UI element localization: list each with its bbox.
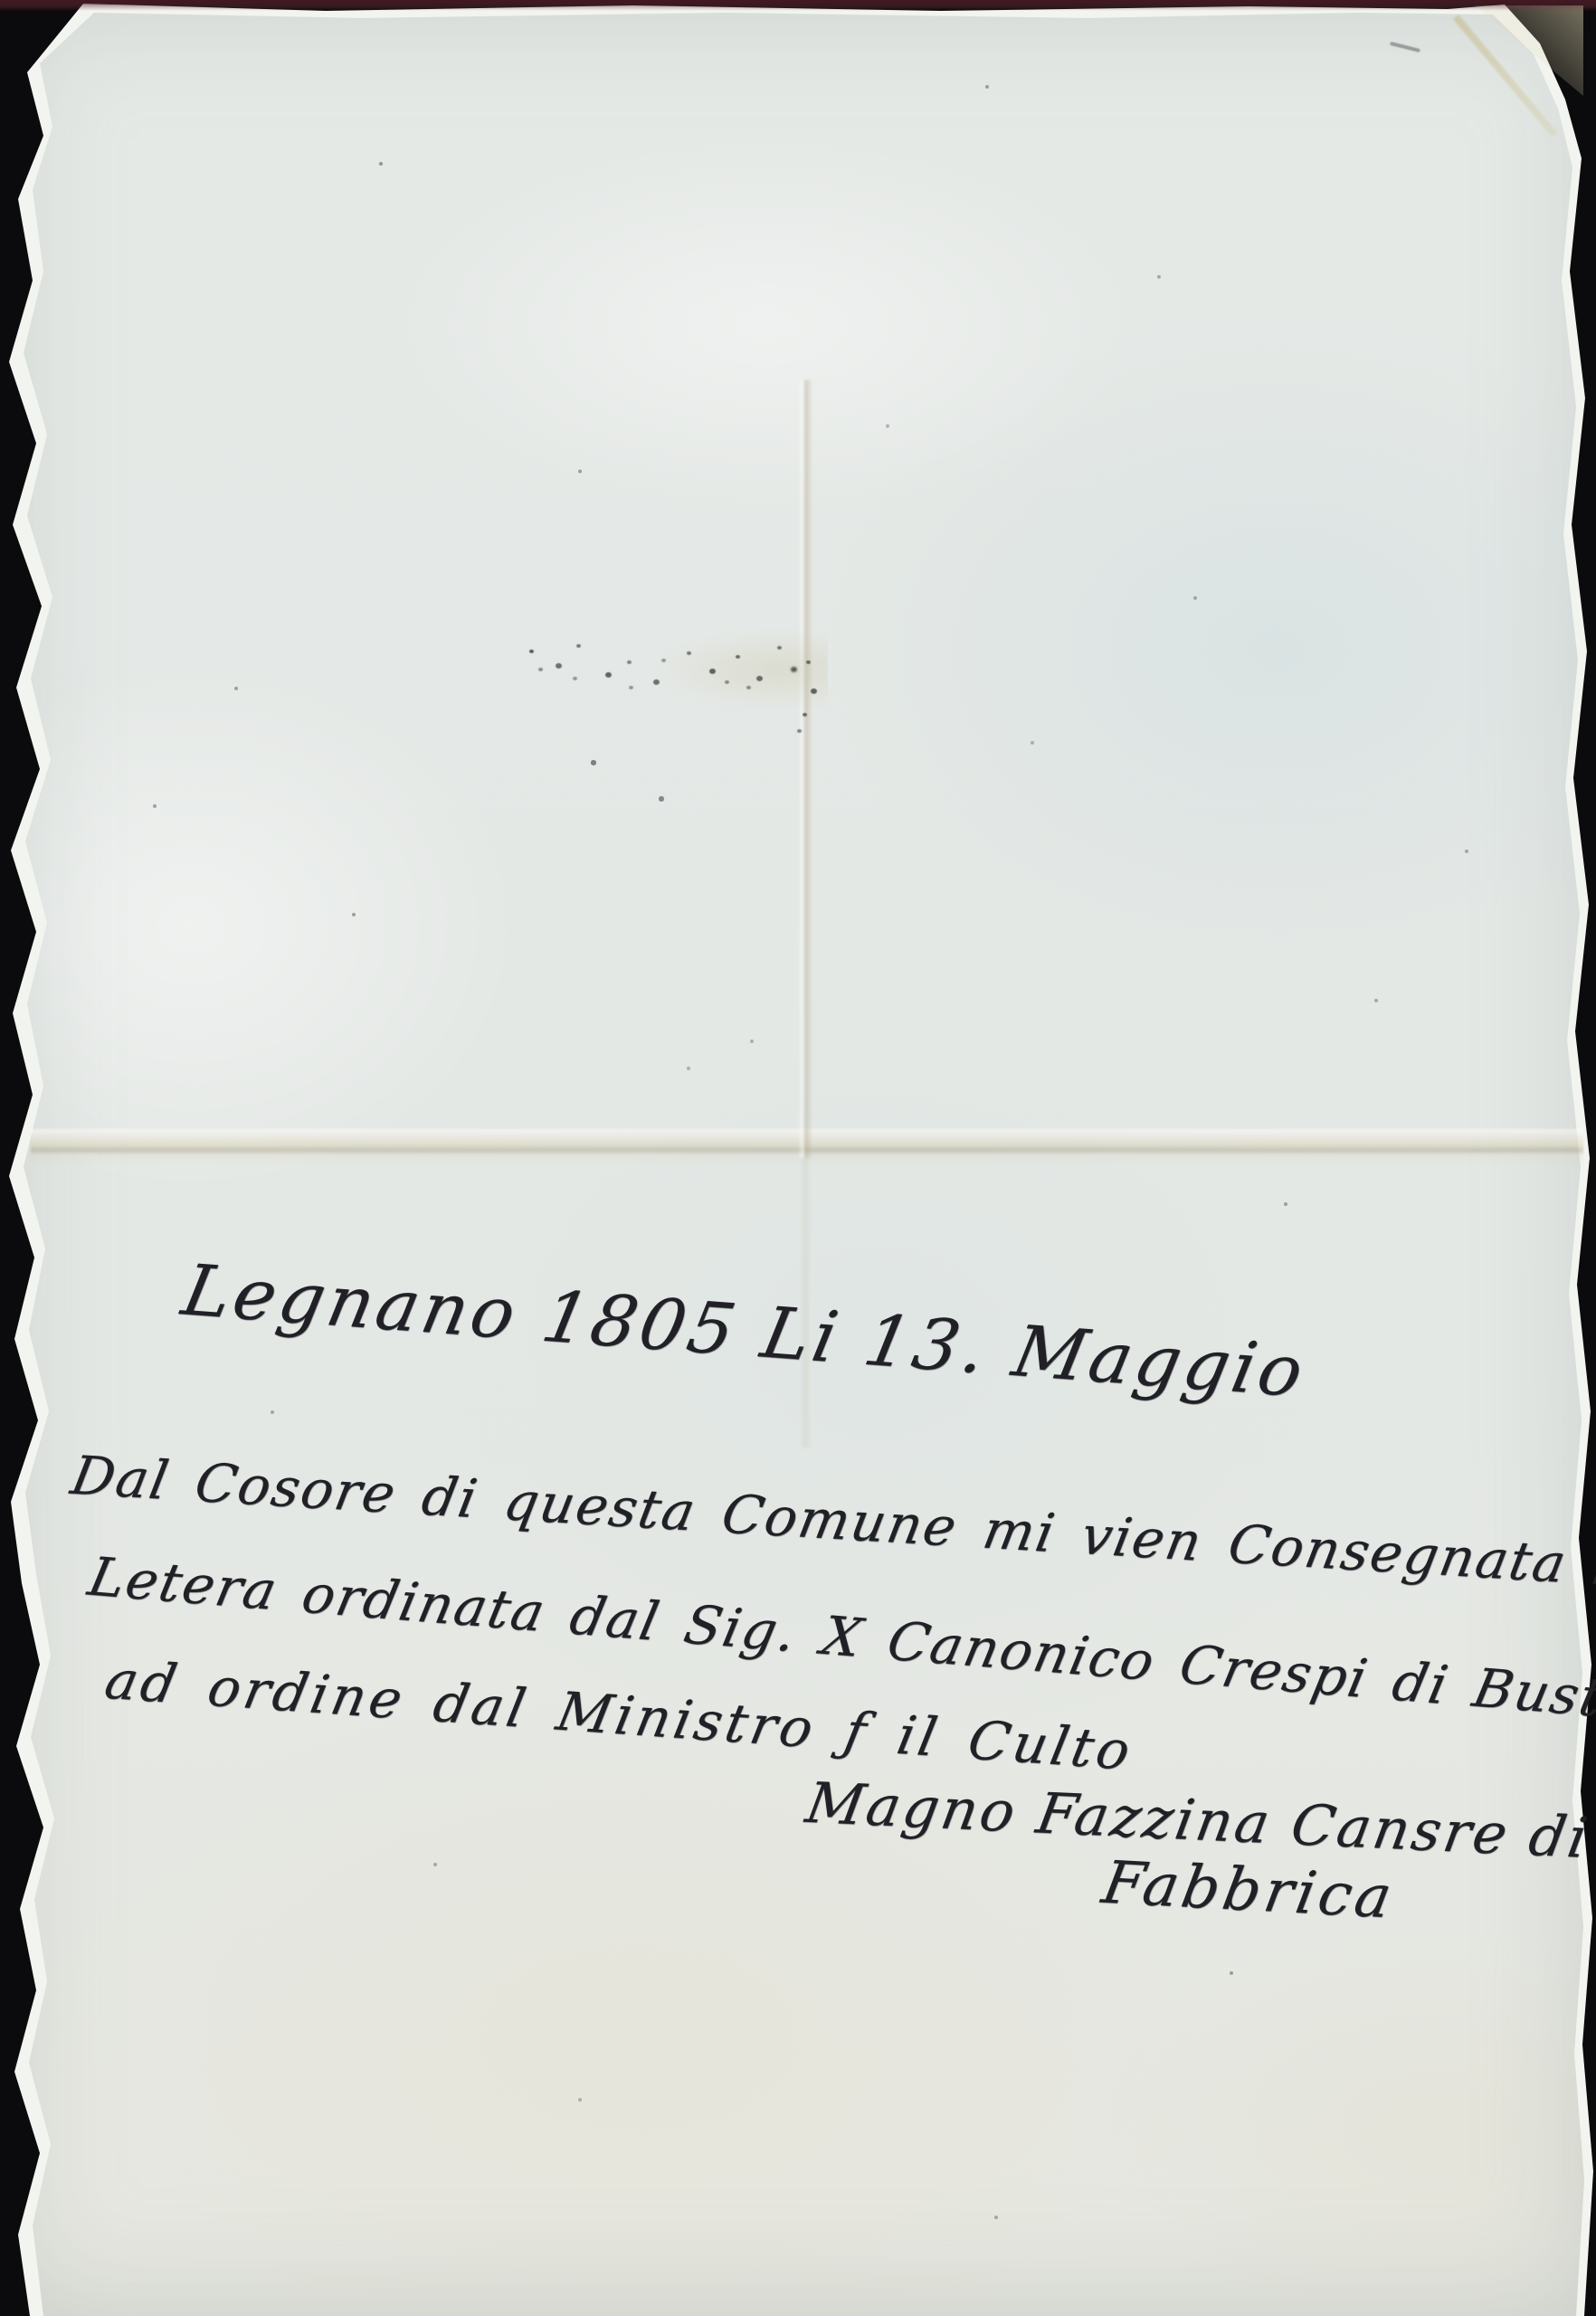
fold-crease-vertical — [798, 380, 812, 1158]
ink-smudge-dots — [520, 622, 525, 626]
manuscript-photo: Legnano 1805 Li 13. Maggio Dal Cosore di… — [0, 0, 1596, 2316]
backdrop-top-strip — [0, 0, 1596, 11]
ink-smudge — [520, 622, 828, 740]
